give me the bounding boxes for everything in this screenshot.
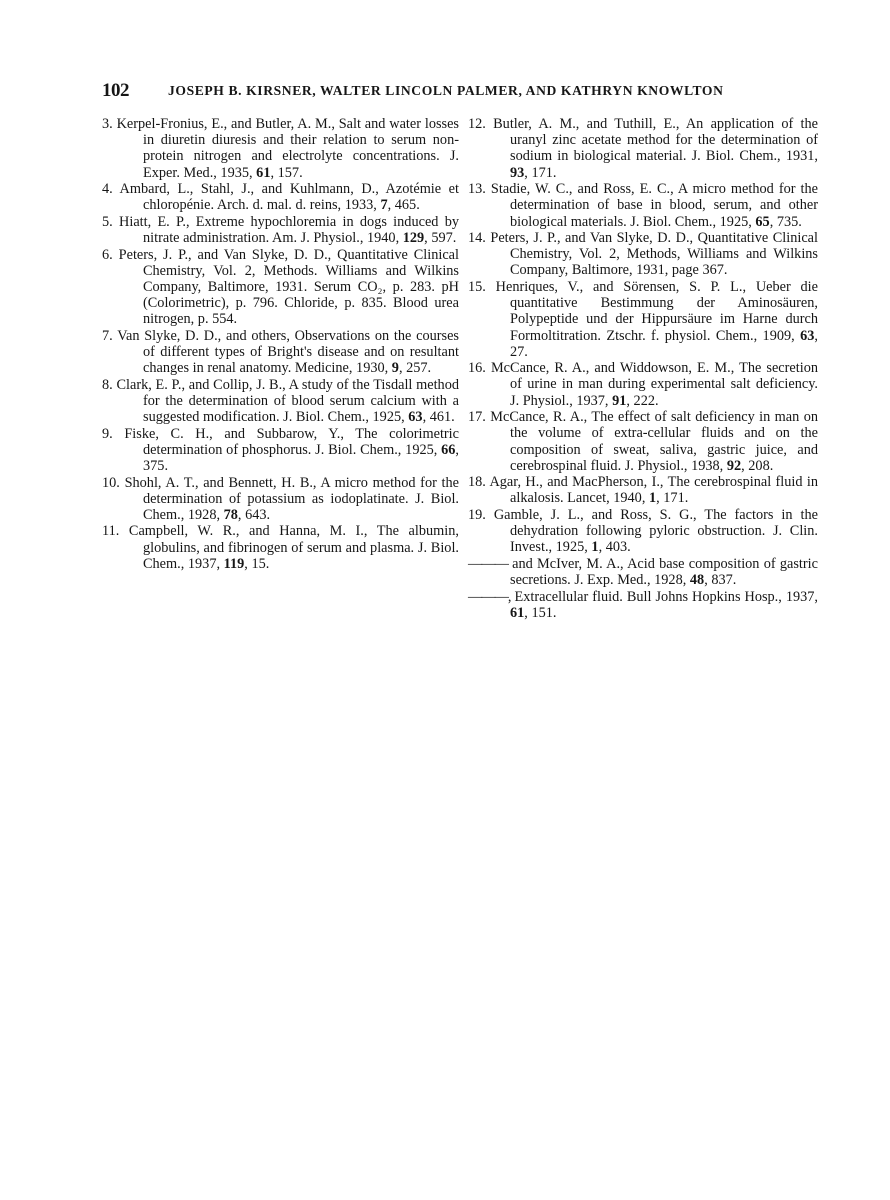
reference-entry: 8. Clark, E. P., and Collip, J. B., A st… [102, 377, 459, 426]
reference-pages: , 735. [770, 214, 802, 230]
references-left-column: 3. Kerpel-Fronius, E., and Butler, A. M.… [102, 116, 459, 572]
reference-number: 3. [102, 116, 113, 132]
reference-pages: , 257. [399, 360, 431, 376]
reference-entry: 14. Peters, J. P., and Van Slyke, D. D.,… [468, 230, 818, 279]
reference-number: 7. [102, 328, 113, 344]
reference-volume: 129 [403, 230, 424, 246]
reference-entry: 5. Hiatt, E. P., Extreme hypochloremia i… [102, 214, 459, 246]
reference-number: 18. [468, 474, 486, 490]
reference-text: Peters, J. P., and Van Slyke, D. D., Qua… [119, 247, 459, 328]
reference-volume: 119 [224, 556, 245, 572]
reference-number: 6. [102, 247, 113, 263]
reference-entry: 9. Fiske, C. H., and Subbarow, Y., The c… [102, 426, 459, 475]
reference-entry: 19. Gamble, J. L., and Ross, S. G., The … [468, 507, 818, 556]
reference-number: 4. [102, 181, 113, 197]
reference-volume: 63 [800, 328, 814, 344]
reference-number: 17. [468, 409, 486, 425]
reference-number: 11. [102, 523, 119, 539]
reference-pages: , 837. [704, 572, 736, 588]
reference-text: Extracellular fluid. Bull Johns Hopkins … [510, 589, 818, 605]
reference-text: Peters, J. P., and Van Slyke, D. D., Qua… [490, 230, 818, 278]
reference-number: 14. [468, 230, 486, 246]
reference-entry: 15. Henriques, V., and Sörensen, S. P. L… [468, 279, 818, 360]
reference-number: 5. [102, 214, 113, 230]
reference-text: Campbell, W. R., and Hanna, M. I., The a… [129, 523, 459, 571]
reference-text: and McIver, M. A., Acid base composition… [508, 556, 818, 588]
reference-number: 19. [468, 507, 486, 523]
reference-volume: 7 [380, 197, 387, 213]
running-head: Joseph B. Kirsner, Walter Lincoln Palmer… [168, 83, 820, 99]
reference-pages: , 157. [270, 165, 302, 181]
reference-volume: 48 [690, 572, 704, 588]
reference-pages: , 465. [388, 197, 420, 213]
reference-entry: 13. Stadie, W. C., and Ross, E. C., A mi… [468, 181, 818, 230]
reference-volume: 91 [612, 393, 626, 409]
reference-pages: , 461. [423, 409, 455, 425]
reference-pages: , 222. [626, 393, 658, 409]
reference-pages: , 208. [741, 458, 773, 474]
reference-number: 12. [468, 116, 486, 132]
reference-pages: , 151. [524, 605, 556, 621]
reference-entry: 6. Peters, J. P., and Van Slyke, D. D., … [102, 247, 459, 328]
reference-entry: ———, Extracellular fluid. Bull Johns Hop… [468, 589, 818, 621]
reference-volume: 93 [510, 165, 524, 181]
reference-volume: 65 [755, 214, 769, 230]
reference-entry: 17. McCance, R. A., The effect of salt d… [468, 409, 818, 474]
reference-entry: 4. Ambard, L., Stahl, J., and Kuhlmann, … [102, 181, 459, 213]
reference-pages: , 171. [656, 490, 688, 506]
reference-text: Butler, A. M., and Tuthill, E., An appli… [493, 116, 818, 164]
reference-number: 8. [102, 377, 113, 393]
reference-text: Fiske, C. H., and Subbarow, Y., The colo… [124, 426, 459, 458]
reference-entry: 11. Campbell, W. R., and Hanna, M. I., T… [102, 523, 459, 572]
reference-volume: 61 [510, 605, 524, 621]
page-number: 102 [102, 80, 129, 102]
reference-entry: 10. Shohl, A. T., and Bennett, H. B., A … [102, 475, 459, 524]
reference-pages: , 15. [244, 556, 269, 572]
reference-pages: , 171. [524, 165, 556, 181]
reference-number: ———, [468, 589, 510, 605]
reference-pages: , 643. [238, 507, 270, 523]
reference-entry: 18. Agar, H., and MacPherson, I., The ce… [468, 474, 818, 506]
reference-number: 9. [102, 426, 113, 442]
reference-number: 16. [468, 360, 486, 376]
reference-number: ——— [468, 556, 508, 572]
reference-entry: 16. McCance, R. A., and Widdowson, E. M.… [468, 360, 818, 409]
reference-number: 10. [102, 475, 120, 491]
reference-entry: 7. Van Slyke, D. D., and others, Observa… [102, 328, 459, 377]
references-right-column: 12. Butler, A. M., and Tuthill, E., An a… [468, 116, 818, 621]
reference-volume: 9 [392, 360, 399, 376]
reference-text: Shohl, A. T., and Bennett, H. B., A micr… [125, 475, 459, 523]
reference-volume: 66 [441, 442, 455, 458]
reference-volume: 1 [591, 539, 598, 555]
reference-number: 15. [468, 279, 486, 295]
reference-text: Gamble, J. L., and Ross, S. G., The fact… [494, 507, 818, 555]
reference-number: 13. [468, 181, 486, 197]
reference-entry: 12. Butler, A. M., and Tuthill, E., An a… [468, 116, 818, 181]
reference-pages: , 597. [424, 230, 456, 246]
reference-entry: ——— and McIver, M. A., Acid base composi… [468, 556, 818, 588]
reference-entry: 3. Kerpel-Fronius, E., and Butler, A. M.… [102, 116, 459, 181]
reference-volume: 61 [256, 165, 270, 181]
reference-volume: 63 [408, 409, 422, 425]
reference-volume: 92 [727, 458, 741, 474]
reference-volume: 78 [224, 507, 238, 523]
reference-pages: , 403. [599, 539, 631, 555]
reference-text: Henriques, V., and Sörensen, S. P. L., U… [496, 279, 818, 344]
